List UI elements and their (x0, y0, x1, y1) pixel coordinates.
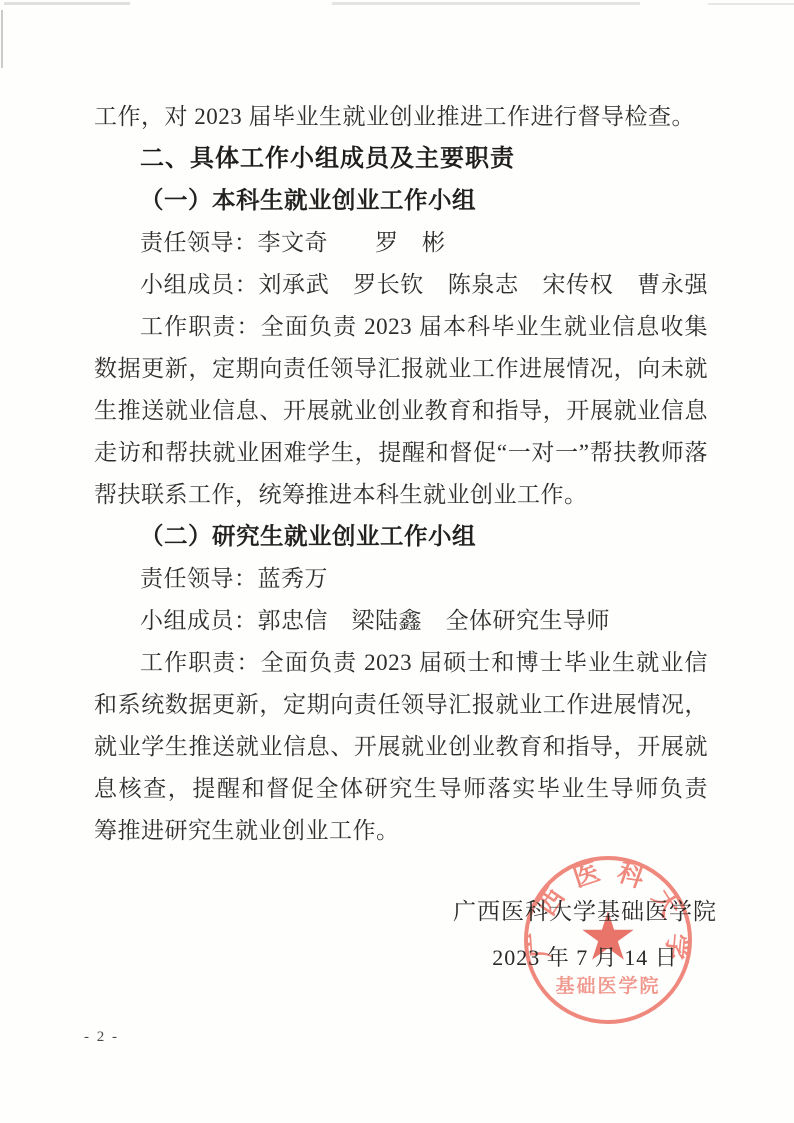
leaders-line-undergrad: 责任领导：李文奇 罗 彬 (94, 222, 708, 264)
subsection-heading-postgrad: （二）研究生就业创业工作小组 (94, 516, 708, 558)
duties-undergrad-line-2: 数据更新，定期向责任领导汇报就业工作进展情况，向未就业学 (94, 348, 708, 390)
duties-postgrad-line-5: 筹推进研究生就业创业工作。 (94, 810, 708, 852)
leaders-line-postgrad: 责任领导：蓝秀万 (94, 558, 708, 600)
official-seal-icon: 广西医科大学 基础医学院 (521, 853, 695, 1027)
members-line-undergrad: 小组成员：刘承武 罗长钦 陈泉志 宋传权 曹永强 (94, 264, 708, 306)
document-body: 工作，对 2023 届毕业生就业创业推进工作进行督导检查。 二、具体工作小组成员… (94, 96, 708, 852)
signature-organization: 广西医科大学基础医学院 (446, 893, 724, 926)
seal-bottom-text: 基础医学院 (555, 974, 660, 997)
scan-artifact (708, 3, 794, 5)
duties-postgrad-line-3: 就业学生推送就业信息、开展就业创业教育和指导，开展就业信 (94, 726, 708, 768)
duties-undergrad-line-5: 帮扶联系工作，统筹推进本科生就业创业工作。 (94, 474, 708, 516)
document-page: 工作，对 2023 届毕业生就业创业推进工作进行督导检查。 二、具体工作小组成员… (0, 0, 794, 1123)
continuation-line: 工作，对 2023 届毕业生就业创业推进工作进行督导检查。 (94, 96, 708, 138)
subsection-heading-undergrad: （一）本科生就业创业工作小组 (94, 180, 708, 222)
page-number: - 2 - (84, 1029, 119, 1046)
duties-postgrad-line-2: 和系统数据更新，定期向责任领导汇报就业工作进展情况，向未 (94, 684, 708, 726)
scan-artifact (4, 2, 130, 5)
signature-date: 2023 年 7 月 14 日 (446, 941, 724, 972)
section-heading: 二、具体工作小组成员及主要职责 (94, 138, 708, 180)
duties-undergrad-line-3: 生推送就业信息、开展就业创业教育和指导，开展就业信息核查， (94, 390, 708, 432)
duties-undergrad-line-4: 走访和帮扶就业困难学生，提醒和督促“一对一”帮扶教师落实 (94, 432, 708, 474)
duties-undergrad-line-1: 工作职责：全面负责 2023 届本科毕业生就业信息收集和系统 (94, 306, 708, 348)
members-line-postgrad: 小组成员：郭忠信 梁陆鑫 全体研究生导师 (94, 600, 708, 642)
duties-postgrad-line-4: 息核查，提醒和督促全体研究生导师落实毕业生导师负责制，统 (94, 768, 708, 810)
scan-artifact (332, 2, 640, 5)
scan-artifact (1, 10, 3, 68)
duties-postgrad-line-1: 工作职责：全面负责 2023 届硕士和博士毕业生就业信息收集 (94, 642, 708, 684)
